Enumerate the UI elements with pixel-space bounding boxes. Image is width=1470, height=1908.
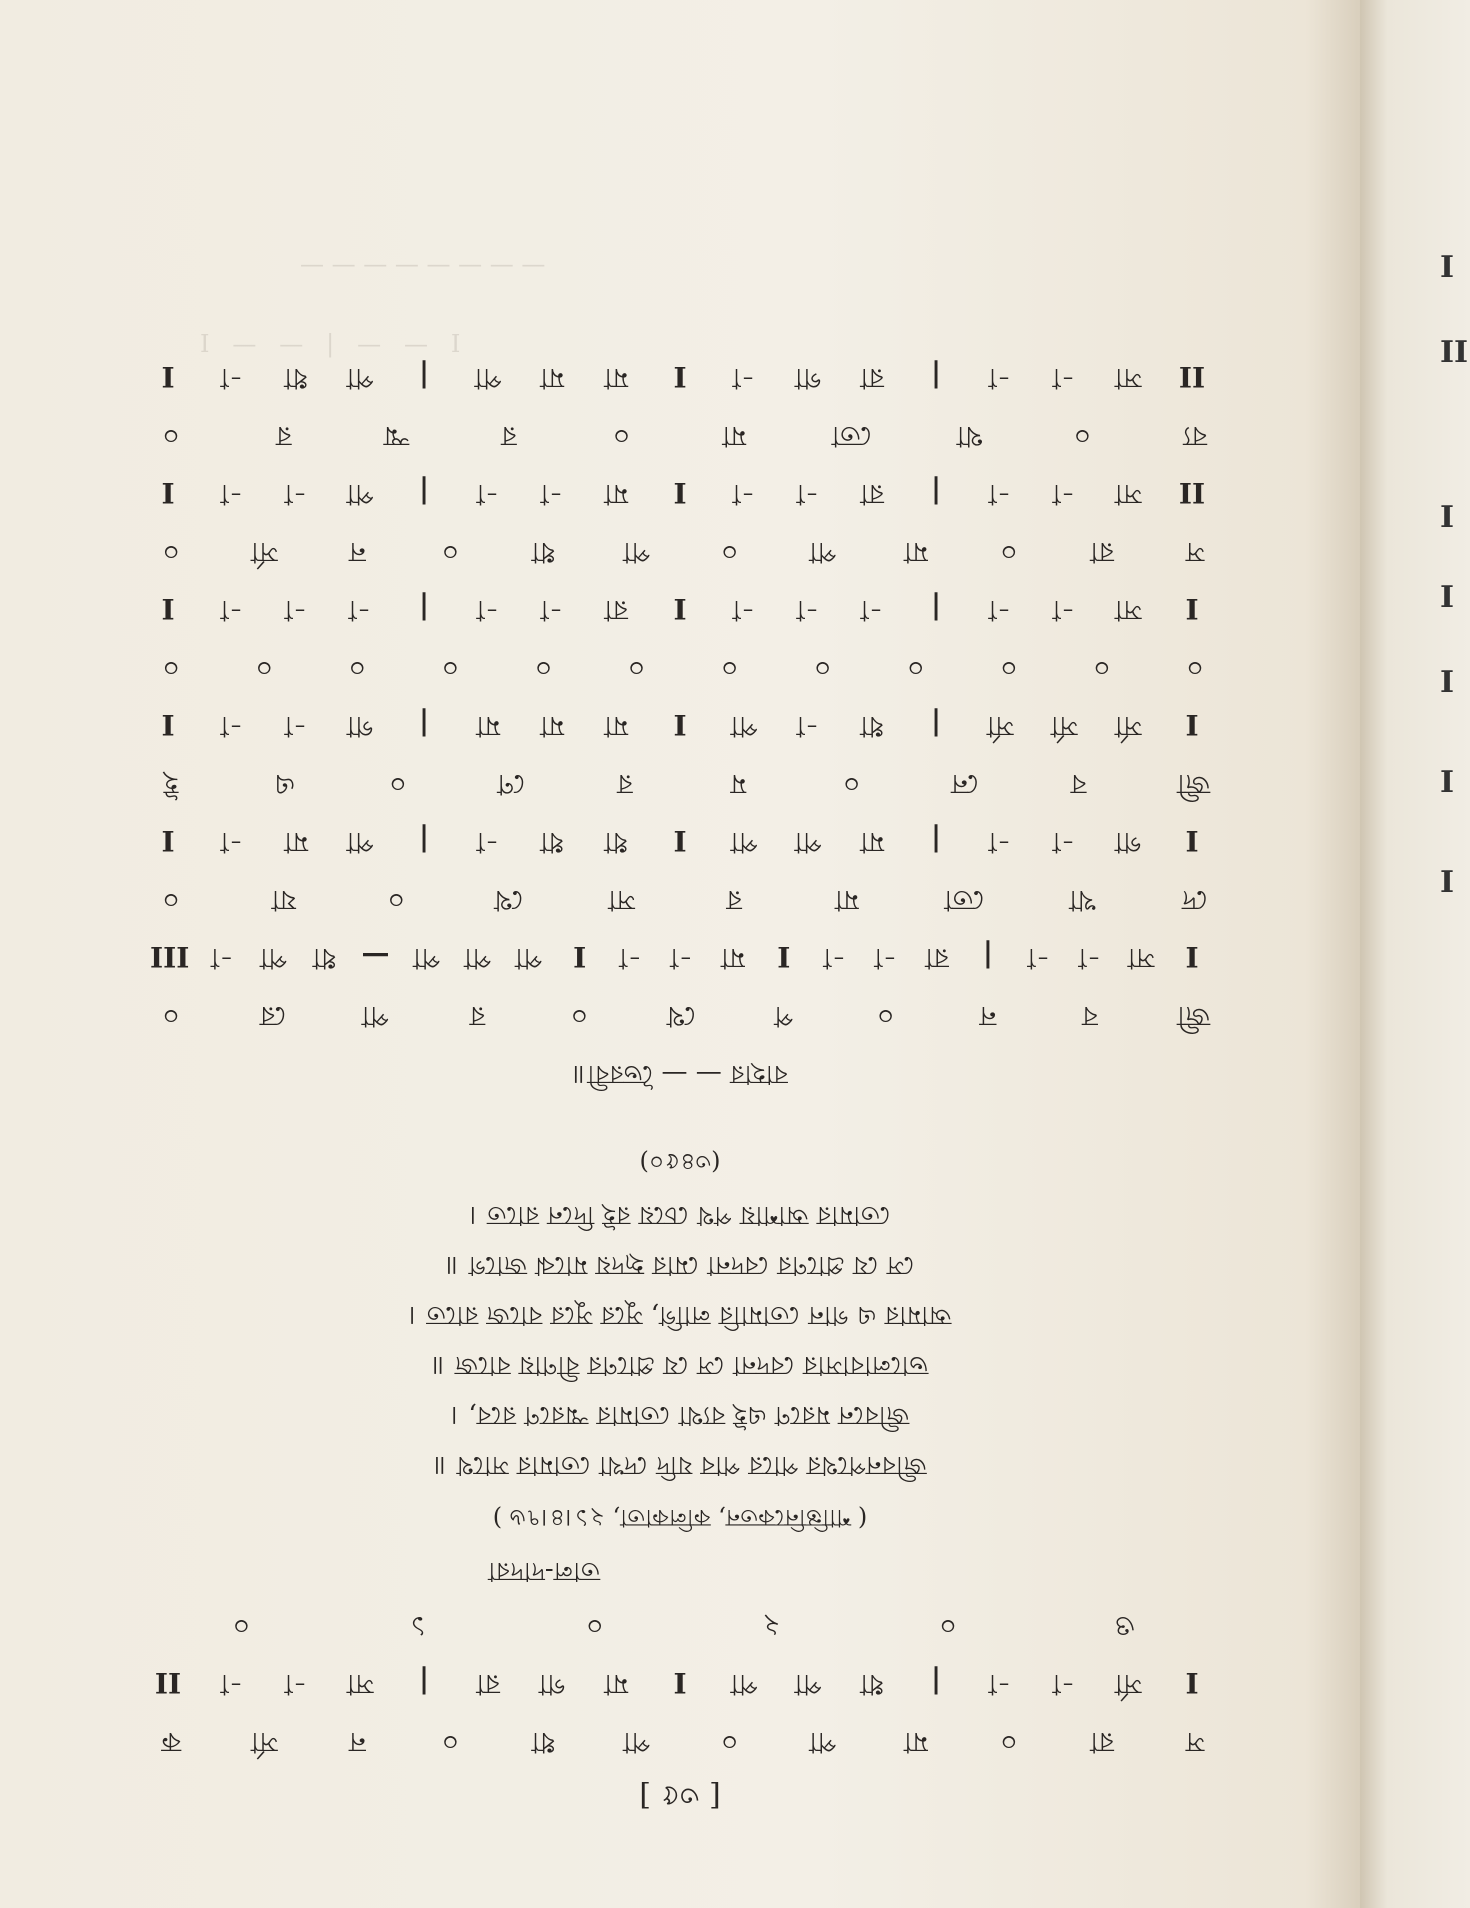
bar-mark: I — [1440, 580, 1454, 615]
swara-cell: -া — [726, 586, 762, 633]
swara-cell: র্সা — [1046, 702, 1082, 749]
swara-cell: মা — [598, 354, 634, 401]
swara-cell: র্সা — [982, 702, 1018, 749]
lyric-cell: থা — [949, 412, 985, 459]
bar-line: I — [662, 477, 698, 510]
bar-line: | — [918, 825, 954, 858]
swara-cell: -া — [278, 586, 314, 633]
notation-lyric-row: ব্য০থাতোমা০রস্মর০ — [140, 406, 1220, 464]
swara-cell: -া — [1046, 586, 1082, 633]
swara-cell: মা — [715, 934, 751, 981]
lyric-cell: এ — [263, 760, 299, 807]
notation-lyric-row: ০০০০০০০০০০০০ — [140, 638, 1220, 696]
swara-cell: পা — [409, 934, 445, 981]
song-index-number: (৩৪৫০) — [140, 1134, 1220, 1190]
source-note: ( শান্তিনিকেতন, কলিকাতা, ২১।৪।৭৬ ) — [140, 1490, 1220, 1546]
notation-swara-row: I র্সা -া -া | ধা পা পা I মা গা রা | সা … — [140, 1654, 1220, 1712]
swara-cell: -া — [982, 818, 1018, 865]
swara-cell: -া — [1046, 470, 1082, 517]
swara-cell: রা — [470, 1660, 506, 1707]
lyric-cell: ০ — [429, 644, 465, 691]
lyric-cell: ব — [1058, 760, 1094, 807]
lyric-cell: ০ — [429, 1718, 465, 1765]
lyric-cell: ন — [336, 528, 372, 575]
swara-cell: -া — [1046, 354, 1082, 401]
swara-cell: মা — [598, 470, 634, 517]
bar-line: | — [918, 593, 954, 626]
swara-cell: পা — [726, 702, 762, 749]
swara-cell: -া — [214, 470, 250, 517]
bar-line: II — [150, 1667, 186, 1700]
swara-cell: মা — [470, 702, 506, 749]
lyric-cell: ০ — [220, 1602, 256, 1649]
swara-cell: সা — [1110, 354, 1146, 401]
swara-cell: -া — [278, 1660, 314, 1707]
lyric-cell: ০ — [150, 412, 186, 459]
swara-cell: ধা — [598, 818, 634, 865]
swara-cell: -া — [982, 1660, 1018, 1707]
bar-line: II — [1174, 361, 1210, 394]
swara-cell: -া — [342, 586, 378, 633]
lyric-cell: পা — [802, 528, 838, 575]
lyric-cell: ই — [150, 760, 186, 807]
lyric-cell: ২ — [750, 1602, 786, 1649]
lyric-cell: ০ — [1061, 412, 1097, 459]
lyric-cell: ০ — [616, 644, 652, 691]
lyric-cell: র — [713, 876, 749, 923]
lyric-cell: ০ — [709, 644, 745, 691]
lyric-cell: র — [263, 412, 299, 459]
bar-line: I — [766, 941, 802, 974]
swara-cell: রা — [854, 470, 890, 517]
swara-cell: মা — [598, 702, 634, 749]
notation-lyric-row: দেখাতোমারসাথে০যা০ — [140, 870, 1220, 928]
lyric-cell: র — [604, 760, 640, 807]
bar-line: I — [1174, 1667, 1210, 1700]
lyric-cell: তো — [826, 412, 873, 459]
swara-cell: -া — [1021, 934, 1057, 981]
lyric-cell: তো — [938, 876, 985, 923]
lyric-cell: র — [456, 992, 492, 1039]
bar-line: | — [970, 941, 1006, 974]
lyric-cell: স্ম — [375, 412, 411, 459]
swara-cell: -া — [214, 586, 250, 633]
poem-line: তোমার আশায় পথ চেয়ে রই দিনে রাতে । — [140, 1190, 1220, 1240]
lyric-cell: জী — [1171, 992, 1210, 1039]
swara-cell: -া — [278, 470, 314, 517]
bar-line: I — [150, 361, 186, 394]
poem-line: সে যে প্রাণের বেদনা মোর হৃদয় মাঝে জাগে … — [140, 1240, 1220, 1290]
lyric-cell: ০ — [927, 1602, 963, 1649]
lyric-cell: যা — [263, 876, 299, 923]
poem-line: আমার এ গান তোমারি লাগি, সুরে সুরে বাজে র… — [140, 1290, 1220, 1340]
swara-cell: -া — [1046, 818, 1082, 865]
bar-line: | — [918, 361, 954, 394]
swara-cell: ধা — [306, 934, 342, 981]
notation-swara-row: IIসা-া-া|রাগা-াIমামাপা|পাধা-াI — [140, 348, 1220, 406]
notation-block: জীবন০পথে০রপারে০Iসা-া-া|রা-া-াIমা-া-াIপাপ… — [140, 348, 1220, 1044]
swara-cell: মা — [854, 818, 890, 865]
notation-lyric-row: ও ০ ২ ০ ১ ০ — [140, 1596, 1220, 1654]
swara-cell: পা — [255, 934, 291, 981]
lyric-cell: ০ — [1174, 644, 1210, 691]
bar-line: I — [1174, 709, 1210, 742]
bar-line: I — [662, 709, 698, 742]
lyric-cell: ০ — [150, 876, 186, 923]
notation-swara-row: Iসা-া-া|-া-া-াIরা-া-া|-া-া-াI — [140, 580, 1220, 638]
lyric-cell: ০ — [150, 992, 186, 1039]
taal-label: তাল-দাদরা — [140, 1546, 1220, 1596]
bar-mark: I — [1440, 500, 1454, 535]
lyric-cell: রা — [1081, 528, 1117, 575]
swara-cell: মা — [278, 818, 314, 865]
swara-cell: রা — [919, 934, 955, 981]
lyric-cell: ০ — [988, 644, 1024, 691]
swara-cell: -া — [470, 818, 506, 865]
bar-mark: I — [1440, 250, 1454, 285]
swara-cell: -া — [982, 586, 1018, 633]
poem-block: জীবনপথের পারে পাব যদি দেখা তোমার সাথে ॥ … — [140, 1190, 1220, 1490]
lyric-cell: ধা — [522, 528, 558, 575]
swara-cell: পা — [342, 354, 378, 401]
bar-line: | — [406, 361, 442, 394]
scanned-page: — — — — — — — — I — — | — — I [ ৩৫ ] স র… — [0, 0, 1360, 1908]
lyric-cell: ১ — [397, 1602, 433, 1649]
lyric-cell: পা — [616, 528, 652, 575]
lyric-cell: প — [763, 992, 799, 1039]
lyric-cell: ০ — [336, 644, 372, 691]
swara-cell: পা — [790, 1660, 826, 1707]
notation-swara-row: Iগা-া-া|মাপাপাIধাধা-া|পামা-াI — [140, 812, 1220, 870]
swara-cell: পা — [790, 818, 826, 865]
lyric-cell: ০ — [895, 644, 931, 691]
bar-line: | — [918, 709, 954, 742]
bar-line: | — [406, 709, 442, 742]
swara-cell: -া — [726, 354, 762, 401]
lyric-cell: নে — [944, 760, 980, 807]
lyric-cell: থে — [660, 992, 696, 1039]
swara-cell: -া — [817, 934, 853, 981]
notation-lyric-row: স রা ০ মা পা ০ পা ধা ০ ন র্সা ক — [140, 1712, 1220, 1770]
lyric-cell: ০ — [150, 528, 186, 575]
lyric-cell: ব্য — [1174, 412, 1210, 459]
bar-line: I — [150, 709, 186, 742]
lyric-cell: সা — [600, 876, 636, 923]
lyric-cell: ০ — [558, 992, 594, 1039]
swara-cell: সা — [1123, 934, 1159, 981]
swara-cell: -া — [790, 586, 826, 633]
swara-cell: -া — [726, 470, 762, 517]
swara-cell: -া — [214, 702, 250, 749]
lyric-cell: ০ — [988, 1718, 1024, 1765]
bar-line: I — [662, 593, 698, 626]
swara-cell: পা — [511, 934, 547, 981]
lyric-cell: ০ — [522, 644, 558, 691]
swara-cell: -া — [982, 470, 1018, 517]
lyric-cell: রে — [252, 992, 288, 1039]
bar-line: | — [406, 593, 442, 626]
notation-swara-row: IIসা-া-া|রা-া-াIমা-া-া|পা-া-াI — [140, 464, 1220, 522]
swara-cell: রা — [598, 586, 634, 633]
bar-line: II — [1174, 477, 1210, 510]
lyric-cell: স — [1174, 528, 1210, 575]
swara-cell: ধা — [854, 702, 890, 749]
bar-line: I — [1174, 825, 1210, 858]
poem-line: জীবনে মরণে এই ব্যথা তোমার স্মরণে রবে, । — [140, 1390, 1220, 1440]
lyric-cell: জী — [1171, 760, 1210, 807]
lyric-cell: ০ — [709, 1718, 745, 1765]
poem-line: জীবনপথের পারে পাব যদি দেখা তোমার সাথে ॥ — [140, 1440, 1220, 1490]
lyric-cell: ০ — [377, 760, 413, 807]
bar-line: I — [662, 361, 698, 394]
lyric-cell: ও — [1104, 1602, 1140, 1649]
bar-line: I — [1174, 941, 1210, 974]
swara-cell: -া — [534, 586, 570, 633]
lyric-cell: ০ — [375, 876, 411, 923]
lyric-cell: র্সা — [243, 1718, 279, 1765]
swara-cell: -া — [1046, 1660, 1082, 1707]
lyric-cell: ০ — [574, 1602, 610, 1649]
poem-line: ভালোবাসার বেদনা সে যে প্রাণের বীণায় বাজ… — [140, 1340, 1220, 1390]
swara-cell: -া — [278, 702, 314, 749]
lyric-cell: ০ — [802, 644, 838, 691]
swara-cell: পা — [726, 818, 762, 865]
raga-heading: বাহার — — ভৈরবী॥ — [140, 1044, 1220, 1104]
swara-cell: -া — [854, 586, 890, 633]
lyric-cell: পা — [354, 992, 390, 1039]
lyric-cell: দে — [1174, 876, 1210, 923]
page-content: [ ৩৫ ] স রা ০ মা পা ০ পা ধা ০ ন র্সা ক I… — [140, 180, 1220, 1820]
bar-line: I — [662, 1667, 698, 1700]
lyric-cell: ব — [1069, 992, 1105, 1039]
swara-cell: পা — [726, 1660, 762, 1707]
bar-line: | — [406, 825, 442, 858]
bar-mark: I — [1440, 865, 1454, 900]
lyric-cell: খা — [1061, 876, 1097, 923]
lyric-cell: মা — [895, 1718, 931, 1765]
swara-cell: রা — [854, 354, 890, 401]
lyric-cell: মা — [895, 528, 931, 575]
lyric-cell: ০ — [243, 644, 279, 691]
lyric-cell: ন — [336, 1718, 372, 1765]
swara-cell: পা — [342, 470, 378, 517]
lyric-cell: ০ — [429, 528, 465, 575]
swara-cell: ধা — [534, 818, 570, 865]
bar-line: III — [150, 941, 189, 974]
lyric-cell: র — [488, 412, 524, 459]
lyric-cell: ধা — [522, 1718, 558, 1765]
bar-line: I — [150, 593, 186, 626]
swara-cell: সা — [342, 1660, 378, 1707]
lyric-cell: ক — [150, 1718, 186, 1765]
lyric-cell: ০ — [865, 992, 901, 1039]
lyric-cell: ০ — [988, 528, 1024, 575]
swara-cell: র্সা — [1110, 1660, 1146, 1707]
swara-cell: -া — [470, 470, 506, 517]
swara-cell: গা — [790, 354, 826, 401]
bar-line: I — [1174, 593, 1210, 626]
bar-line: I — [662, 825, 698, 858]
lyric-cell: পা — [802, 1718, 838, 1765]
adjacent-page-edge: I II I I I I I — [1360, 0, 1470, 1908]
bar-mark: II — [1440, 335, 1468, 370]
bar-line: | — [918, 477, 954, 510]
notation-swara-row: Iর্সার্সার্সা|ধা-াপাIমামামা|গা-া-াI — [140, 696, 1220, 754]
notation-lyric-row: জীবনে০মরণে০এই — [140, 754, 1220, 812]
swara-cell: ধা — [854, 1660, 890, 1707]
notation-swara-row: Iসা-া-া|রা-া-াIমা-া-াIপাপাপা—ধাপা-াIII — [140, 928, 1220, 986]
swara-cell: গা — [1110, 818, 1146, 865]
swara-cell: -া — [214, 818, 250, 865]
lyric-cell: ০ — [150, 644, 186, 691]
lyric-cell: ০ — [600, 412, 636, 459]
lyric-cell: পা — [616, 1718, 652, 1765]
bar-line: — — [358, 941, 394, 974]
swara-cell: -া — [470, 586, 506, 633]
bar-line: | — [406, 477, 442, 510]
swara-cell: -া — [613, 934, 649, 981]
swara-cell: পা — [470, 354, 506, 401]
swara-cell: গা — [342, 702, 378, 749]
lyric-cell: ০ — [709, 528, 745, 575]
swara-cell: -া — [534, 470, 570, 517]
swara-cell: গা — [534, 1660, 570, 1707]
lyric-cell: রা — [1081, 1718, 1117, 1765]
swara-cell: পা — [342, 818, 378, 865]
swara-cell: -া — [214, 1660, 250, 1707]
page-number: [ ৩৫ ] — [140, 1770, 1220, 1820]
lyric-cell: ন — [967, 992, 1003, 1039]
swara-cell: মা — [534, 354, 570, 401]
swara-cell: সা — [1110, 470, 1146, 517]
swara-cell: -া — [214, 354, 250, 401]
swara-cell: -া — [204, 934, 240, 981]
swara-cell: মা — [534, 702, 570, 749]
lyric-cell: ০ — [831, 760, 867, 807]
lyric-cell: র্সা — [243, 528, 279, 575]
swara-cell: র্সা — [1110, 702, 1146, 749]
swara-cell: -া — [868, 934, 904, 981]
swara-cell: -া — [790, 470, 826, 517]
swara-cell: -া — [982, 354, 1018, 401]
bar-mark: I — [1440, 765, 1454, 800]
swara-cell: সা — [1110, 586, 1146, 633]
bar-line: I — [150, 477, 186, 510]
bar-mark: I — [1440, 665, 1454, 700]
swara-cell: ধা — [278, 354, 314, 401]
notation-lyric-row: সরা০মাপা০পাধা০নর্সা০ — [140, 522, 1220, 580]
bar-line: I — [150, 825, 186, 858]
lyric-cell: মা — [826, 876, 862, 923]
bar-line: | — [406, 1667, 442, 1700]
swara-cell: মা — [598, 1660, 634, 1707]
lyric-cell: মা — [713, 412, 749, 459]
swara-cell: পা — [460, 934, 496, 981]
lyric-cell: ম — [717, 760, 753, 807]
swara-cell: -া — [1072, 934, 1108, 981]
lyric-cell: ০ — [1081, 644, 1117, 691]
swara-cell: -া — [790, 702, 826, 749]
bar-line: | — [918, 1667, 954, 1700]
lyric-cell: থে — [488, 876, 524, 923]
lyric-cell: ণে — [490, 760, 526, 807]
notation-lyric-row: জীবন০পথে০রপারে০ — [140, 986, 1220, 1044]
lyric-cell: স — [1174, 1718, 1210, 1765]
swara-cell: -া — [664, 934, 700, 981]
bar-line: I — [562, 941, 598, 974]
